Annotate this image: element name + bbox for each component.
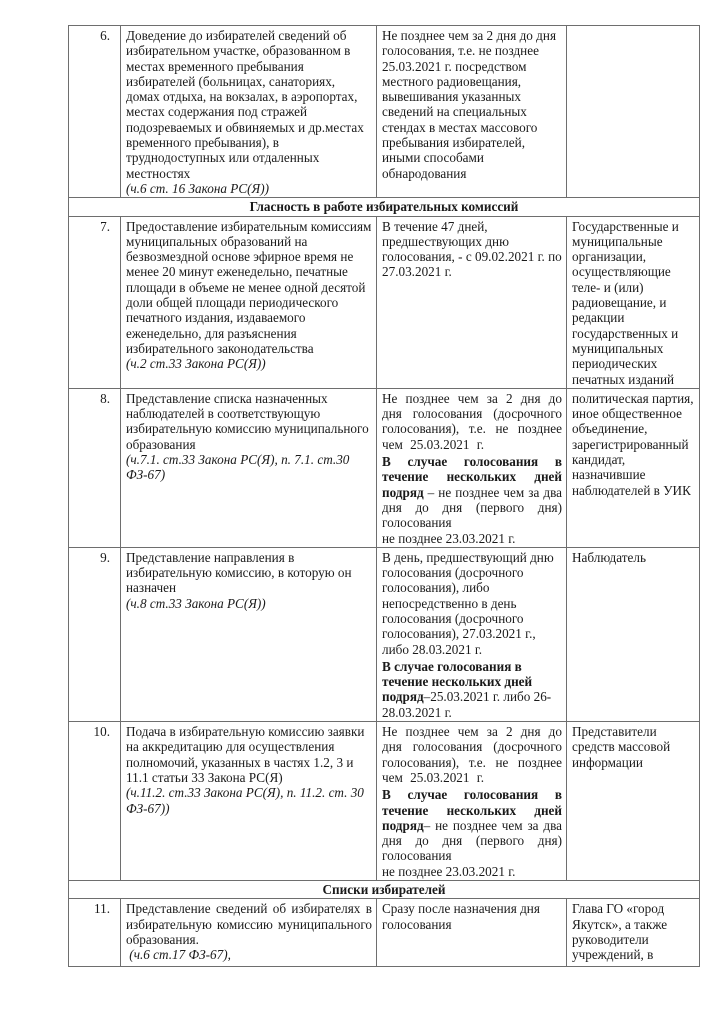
row-number: 8. [69, 388, 121, 547]
action-text: Подача в избирательную комиссию заявки н… [126, 724, 372, 785]
section-row: Списки избирателей [69, 881, 700, 899]
responsible-cell: политическая партия, иное общественное о… [567, 388, 700, 547]
table-row: 6. Доведение до избирателей сведений об … [69, 26, 700, 198]
deadline-condition: В случае голосования в течение нескольки… [382, 787, 562, 863]
action-cell: Представление сведений об избирателях в … [121, 899, 377, 967]
responsible-cell: Глава ГО «город Якутск», а также руковод… [567, 899, 700, 967]
deadline-cell: В день, предшествующий дню голосования (… [377, 547, 567, 721]
deadline-condition: В случае голосования в течение нескольки… [382, 659, 562, 720]
deadline-final: не позднее 23.03.2021 г. [382, 864, 562, 879]
deadline-cell: В течение 47 дней, предшествующих дню го… [377, 216, 567, 388]
deadline-final: не позднее 23.03.2021 г. [382, 531, 562, 546]
document-page: 6. Доведение до избирателей сведений об … [68, 25, 699, 967]
table-row: 10. Подача в избирательную комиссию заяв… [69, 722, 700, 881]
table-row: 8. Представление списка назначенных набл… [69, 388, 700, 547]
action-cell: Представление направления в избирательну… [121, 547, 377, 721]
deadline-text: В течение 47 дней, предшествующих дню го… [382, 219, 562, 280]
law-reference: (ч.2 ст.33 Закона РС(Я)) [126, 356, 372, 371]
deadline-text: Не позднее чем за 2 дня до дня голосован… [382, 28, 562, 181]
law-reference: (ч.6 ст. 16 Закона РС(Я)) [126, 181, 372, 196]
law-reference: (ч.8 ст.33 Закона РС(Я)) [126, 596, 372, 611]
responsible-cell: Наблюдатель [567, 547, 700, 721]
action-cell: Подача в избирательную комиссию заявки н… [121, 722, 377, 881]
deadline-cell: Не позднее чем за 2 дня до дня голосован… [377, 26, 567, 198]
row-number: 10. [69, 722, 121, 881]
deadline-cell: Не позднее чем за 2 дня до дня голосован… [377, 388, 567, 547]
deadline-condition: В случае голосования в течение нескольки… [382, 454, 562, 530]
election-schedule-table: 6. Доведение до избирателей сведений об … [68, 25, 700, 967]
deadline-text: Не позднее чем за 2 дня до дня голосован… [382, 391, 562, 452]
deadline-text: Сразу после назначения дня голосования [382, 901, 562, 932]
table-row: 11. Представление сведений об избирателя… [69, 899, 700, 967]
row-number: 6. [69, 26, 121, 198]
deadline-text: В день, предшествующий дню голосования (… [382, 550, 562, 657]
action-cell: Доведение до избирателей сведений об изб… [121, 26, 377, 198]
action-text: Представление сведений об избирателях в … [126, 901, 372, 947]
section-title: Списки избирателей [69, 881, 700, 899]
table-row: 9. Представление направления в избирател… [69, 547, 700, 721]
row-number: 9. [69, 547, 121, 721]
action-cell: Предоставление избирательным комиссиям м… [121, 216, 377, 388]
responsible-cell: Государственные и муниципальные организа… [567, 216, 700, 388]
deadline-text: Не позднее чем за 2 дня до дня голосован… [382, 724, 562, 785]
row-number: 11. [69, 899, 121, 967]
section-row: Гласность в работе избирательных комисси… [69, 198, 700, 216]
law-reference: (ч.7.1. ст.33 Закона РС(Я), п. 7.1. ст.3… [126, 452, 372, 483]
responsible-cell [567, 26, 700, 198]
section-title: Гласность в работе избирательных комисси… [69, 198, 700, 216]
table-row: 7. Предоставление избирательным комиссия… [69, 216, 700, 388]
responsible-cell: Представители средств массовой информаци… [567, 722, 700, 881]
row-number: 7. [69, 216, 121, 388]
action-text: Представление направления в избирательну… [126, 550, 372, 596]
action-text: Предоставление избирательным комиссиям м… [126, 219, 372, 357]
law-reference: (ч.11.2. ст.33 Закона РС(Я), п. 11.2. ст… [126, 785, 372, 816]
deadline-cell: Сразу после назначения дня голосования [377, 899, 567, 967]
law-reference: (ч.6 ст.17 ФЗ-67), [126, 947, 372, 962]
action-text: Доведение до избирателей сведений об изб… [126, 28, 372, 181]
action-cell: Представление списка назначенных наблюда… [121, 388, 377, 547]
action-text: Представление списка назначенных наблюда… [126, 391, 372, 452]
deadline-cell: Не позднее чем за 2 дня до дня голосован… [377, 722, 567, 881]
